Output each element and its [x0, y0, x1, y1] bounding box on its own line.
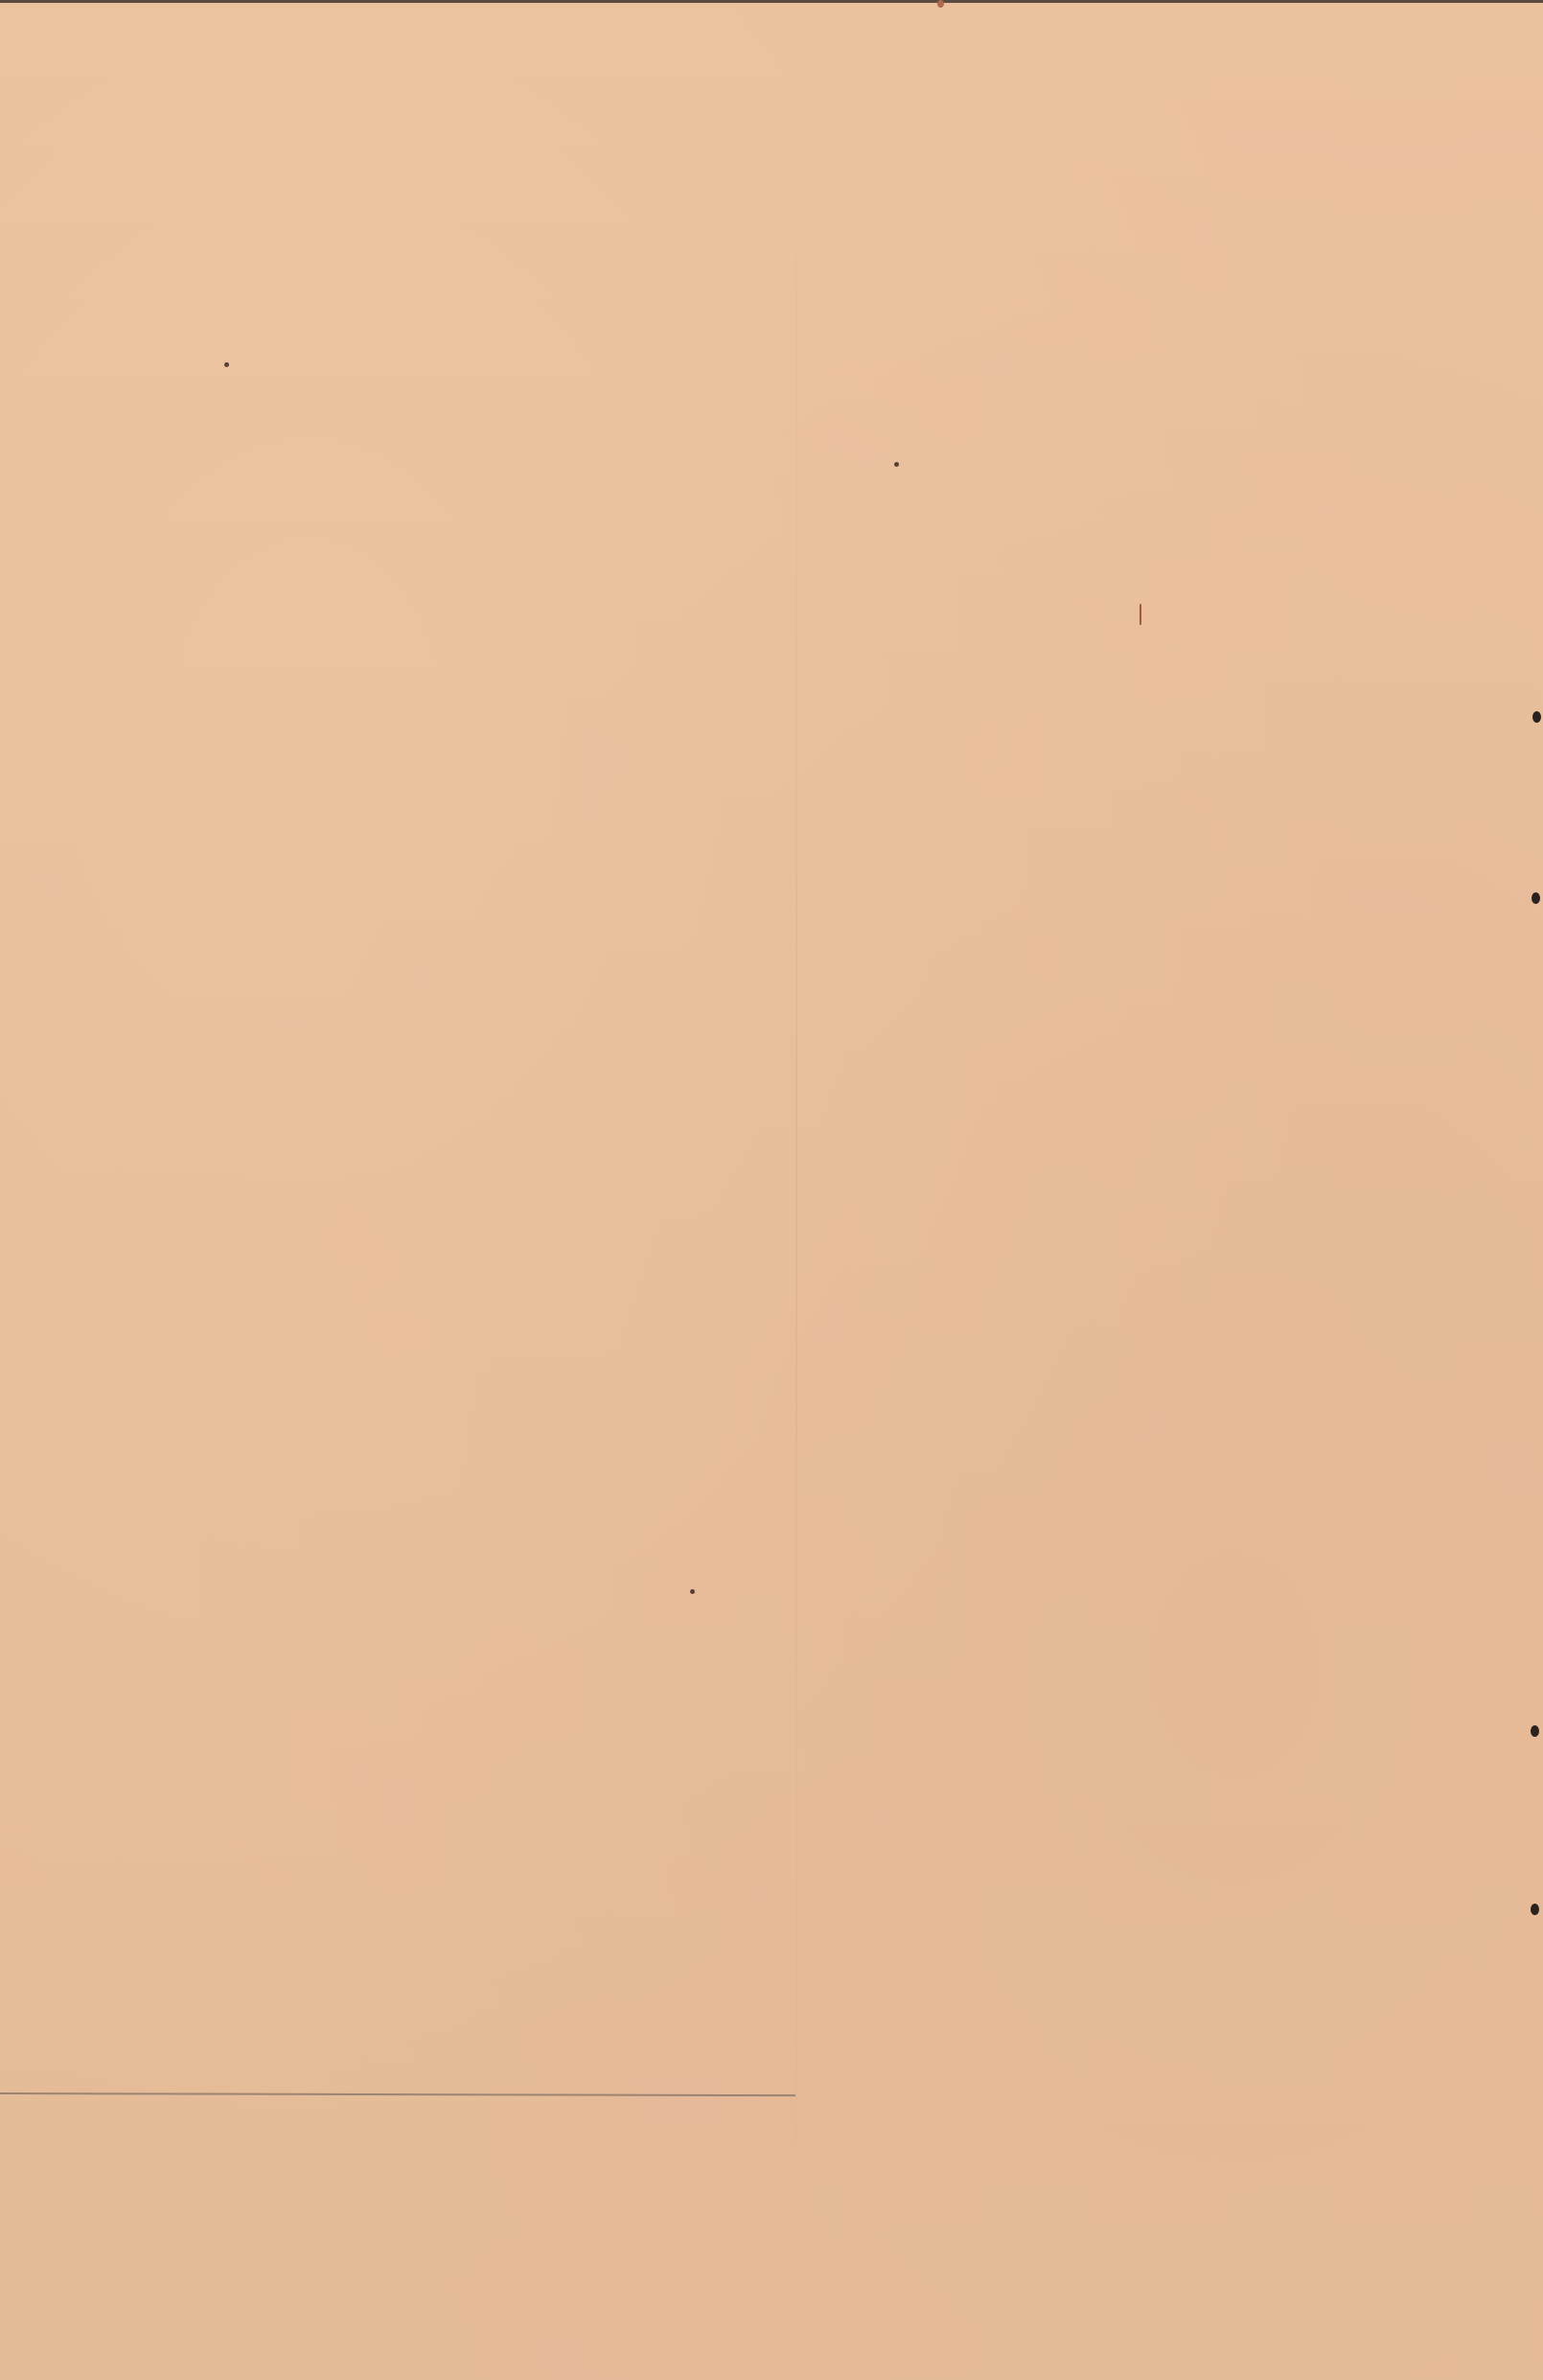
paper-speck — [224, 362, 229, 367]
blank-paper-page — [0, 0, 1543, 2380]
center-fold-shadow — [795, 0, 797, 2380]
paper-speck — [937, 0, 944, 8]
paper-speck — [894, 462, 899, 467]
footnote-separator-rule — [0, 2092, 795, 2096]
binding-hole-icon — [1531, 1725, 1539, 1737]
scan-top-edge — [0, 0, 1543, 3]
binding-hole-icon — [1531, 892, 1540, 904]
binding-hole-icon — [1531, 1904, 1539, 1915]
paper-speck — [690, 1589, 695, 1594]
paper-fiber — [1140, 604, 1141, 625]
binding-hole-icon — [1532, 711, 1541, 723]
